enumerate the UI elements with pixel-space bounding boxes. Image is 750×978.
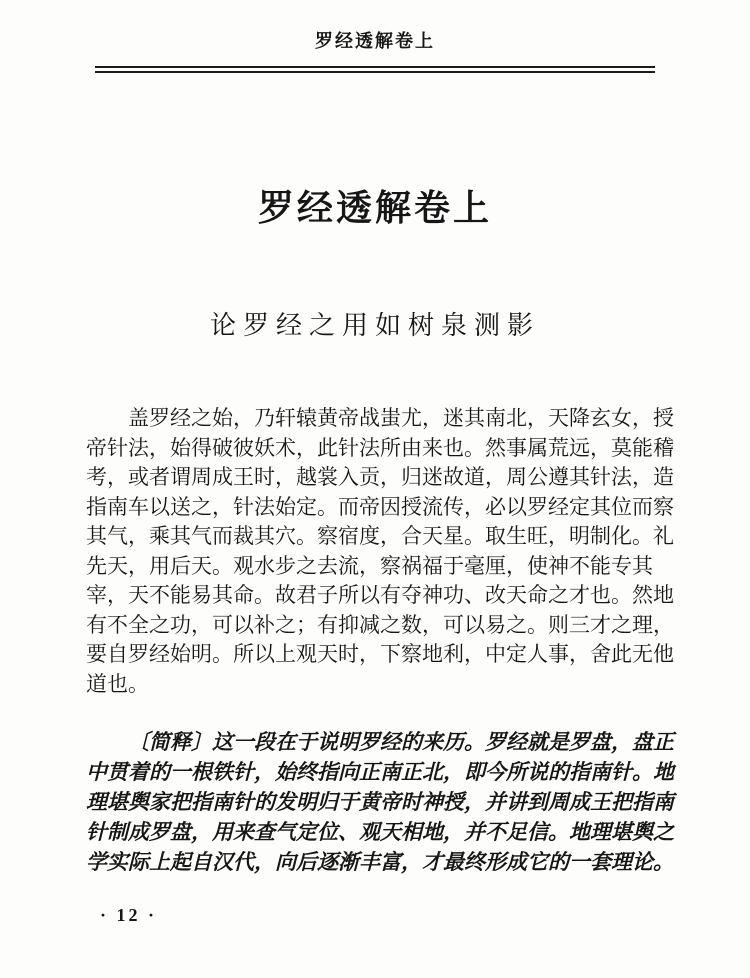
body-line: 宰，天不能易其命。故君子所以有夺神功、改天命之才也。然地 xyxy=(86,581,664,611)
body-line: 道也。 xyxy=(86,670,664,700)
body-line: 要自罗经始明。所以上观天时，下察地利，中定人事，舍此无他 xyxy=(86,640,664,670)
body-line: 有不全之功，可以补之；有抑减之数，可以易之。则三才之理， xyxy=(86,611,664,641)
page-content: 罗经透解卷上 罗经透解卷上 论罗经之用如树泉测影 盖罗经之始，乃轩辕黄帝战蚩尤，… xyxy=(86,28,664,927)
chapter-title: 论罗经之用如树泉测影 xyxy=(86,308,664,344)
book-page: 罗经透解卷上 罗经透解卷上 论罗经之用如树泉测影 盖罗经之始，乃轩辕黄帝战蚩尤，… xyxy=(0,0,750,978)
commentary-line: 中贯着的一根铁针，始终指向正南正北，即今所说的指南针。地 xyxy=(86,757,664,787)
body-line: 考，或者谓周成王时，越裳入贡，归迷故道，周公遵其针法，造 xyxy=(86,463,664,493)
commentary-line: 〔简释〕这一段在于说明罗经的来历。罗经就是罗盘，盘正 xyxy=(86,727,664,757)
commentary-paragraph: 〔简释〕这一段在于说明罗经的来历。罗经就是罗盘，盘正中贯着的一根铁针，始终指向正… xyxy=(86,727,664,877)
commentary-line: 针制成罗盘，用来查气定位、观天相地，并不足信。地理堪舆之 xyxy=(86,817,664,847)
body-line: 先天，用后天。观水步之去流，察祸福于毫厘，使神不能专其 xyxy=(86,552,664,582)
body-paragraph: 盖罗经之始，乃轩辕黄帝战蚩尤，迷其南北，天降玄女，授帝针法，始得破彼妖术，此针法… xyxy=(86,404,664,699)
page-number: · 12 · xyxy=(100,903,664,927)
volume-title: 罗经透解卷上 xyxy=(86,183,664,233)
running-header: 罗经透解卷上 xyxy=(86,28,664,54)
commentary-line: 学实际上起自汉代，向后逐渐丰富，才最终形成它的一套理论。 xyxy=(86,847,664,877)
body-line: 指南车以送之，针法始定。而帝因授流传，必以罗经定其位而察 xyxy=(86,493,664,523)
body-line: 盖罗经之始，乃轩辕黄帝战蚩尤，迷其南北，天降玄女，授 xyxy=(86,404,664,434)
header-double-rule xyxy=(95,66,655,73)
commentary-line: 理堪舆家把指南针的发明归于黄帝时神授，并讲到周成王把指南 xyxy=(86,787,664,817)
body-line: 其气，乘其气而裁其穴。察宿度，合天星。取生旺，明制化。礼 xyxy=(86,522,664,552)
body-line: 帝针法，始得破彼妖术，此针法所由来也。然事属荒远，莫能稽 xyxy=(86,434,664,464)
